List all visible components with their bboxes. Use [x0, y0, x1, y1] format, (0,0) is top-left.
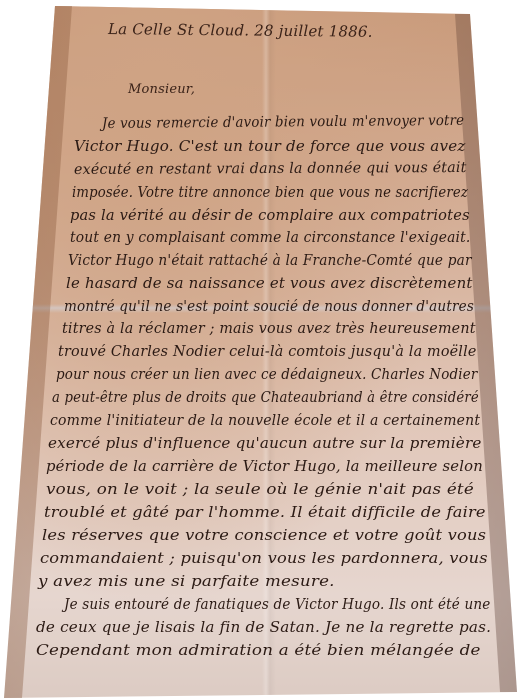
letter-line: le hasard de sa naissance et vous avez d… — [66, 276, 473, 292]
letter-line: commandaient ; puisqu'on vous les pardon… — [40, 551, 488, 567]
letter-line: pas la vérité au désir de complaire aux … — [70, 208, 470, 224]
letter-salutation: Monsieur, — [128, 82, 195, 97]
letter-line: y avez mis une si parfaite mesure. — [38, 574, 335, 590]
letter-line: de ceux que je lisais la fin de Satan. J… — [36, 620, 491, 636]
letter-line: période de la carrière de Victor Hugo, l… — [46, 459, 483, 475]
letter-dateline: La Celle St Cloud. 28 juillet 1886. — [108, 20, 373, 41]
letter-line: Je vous remercie d'avoir bien voulu m'en… — [102, 113, 464, 132]
handwritten-letter: La Celle St Cloud. 28 juillet 1886. Mons… — [0, 0, 518, 700]
letter-line: comme l'initiateur de la nouvelle école … — [50, 413, 480, 429]
letter-line: Victor Hugo n'était rattaché à la Franch… — [68, 253, 472, 269]
letter-line: Victor Hugo. C'est un tour de force que … — [74, 139, 466, 155]
letter-line: Je suis entouré de fanatiques de Victor … — [64, 597, 490, 613]
letter-line: trouvé Charles Nodier celui-là comtois j… — [58, 344, 477, 360]
letter-line: Cependant mon admiration a été bien méla… — [36, 643, 481, 659]
letter-line: troublé et gâté par l'homme. Il était di… — [44, 505, 486, 521]
letter-line: imposée. Votre titre annonce bien que vo… — [72, 185, 468, 201]
letter-line: exécuté en restant vrai dans la donnée q… — [74, 160, 467, 178]
letter-line: les réserves que votre conscience et vot… — [42, 528, 486, 544]
letter-line: a peut-être plus de droits que Chateaubr… — [52, 390, 479, 406]
letter-line: tout en y complaisant comme la circonsta… — [70, 230, 470, 246]
letter-line: montré qu'il ne s'est point soucié de no… — [64, 299, 474, 315]
letter-line: pour nous créer un lien avec ce dédaigne… — [56, 367, 478, 383]
letter-line: vous, on le voit ; la seule où le génie … — [46, 482, 474, 498]
letter-line: exercé plus d'influence qu'aucun autre s… — [48, 436, 482, 452]
letter-line: titres à la réclamer ; mais vous avez tr… — [62, 321, 476, 337]
